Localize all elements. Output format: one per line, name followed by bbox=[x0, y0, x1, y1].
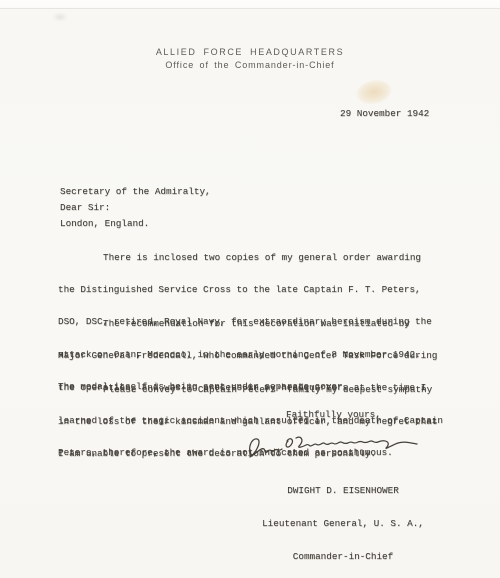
typed-name: DWIGHT D. EISENHOWER bbox=[248, 486, 438, 497]
letter-document: ALLIED FORCE HEADQUARTERS Office of the … bbox=[0, 0, 500, 578]
letterhead: ALLIED FORCE HEADQUARTERS Office of the … bbox=[0, 47, 500, 70]
recipient-line: London, England. bbox=[60, 219, 211, 230]
letterhead-office: Office of the Commander-in-Chief bbox=[0, 60, 500, 70]
letter-date: 29 November 1942 bbox=[340, 109, 429, 120]
paper-smudge bbox=[52, 12, 68, 22]
salutation: Dear Sir: bbox=[60, 203, 110, 214]
signature-handwriting bbox=[244, 432, 428, 466]
paragraph-line: Major General Fredendall, who commanded … bbox=[58, 351, 458, 362]
letterhead-organization: ALLIED FORCE HEADQUARTERS bbox=[0, 47, 500, 57]
signature-block: DWIGHT D. EISENHOWER Lieutenant General,… bbox=[248, 464, 438, 578]
closing: Faithfully yours, bbox=[286, 410, 381, 421]
paper-stain bbox=[354, 77, 394, 108]
recipient-line: Secretary of the Admiralty, bbox=[60, 187, 211, 198]
paragraph-line: There is inclosed two copies of my gener… bbox=[58, 253, 458, 264]
paragraph-line: The recommendation for this decoration w… bbox=[58, 319, 458, 330]
rank-line: Lieutenant General, U. S. A., bbox=[248, 519, 438, 530]
paragraph-line: Please convey to Captain Peters' family … bbox=[58, 385, 458, 396]
paragraph-line: in the loss of their kinsman and gallant… bbox=[58, 417, 458, 428]
title-line: Commander-in-Chief bbox=[248, 552, 438, 563]
paragraph-line: the Distinguished Service Cross to the l… bbox=[58, 285, 458, 296]
